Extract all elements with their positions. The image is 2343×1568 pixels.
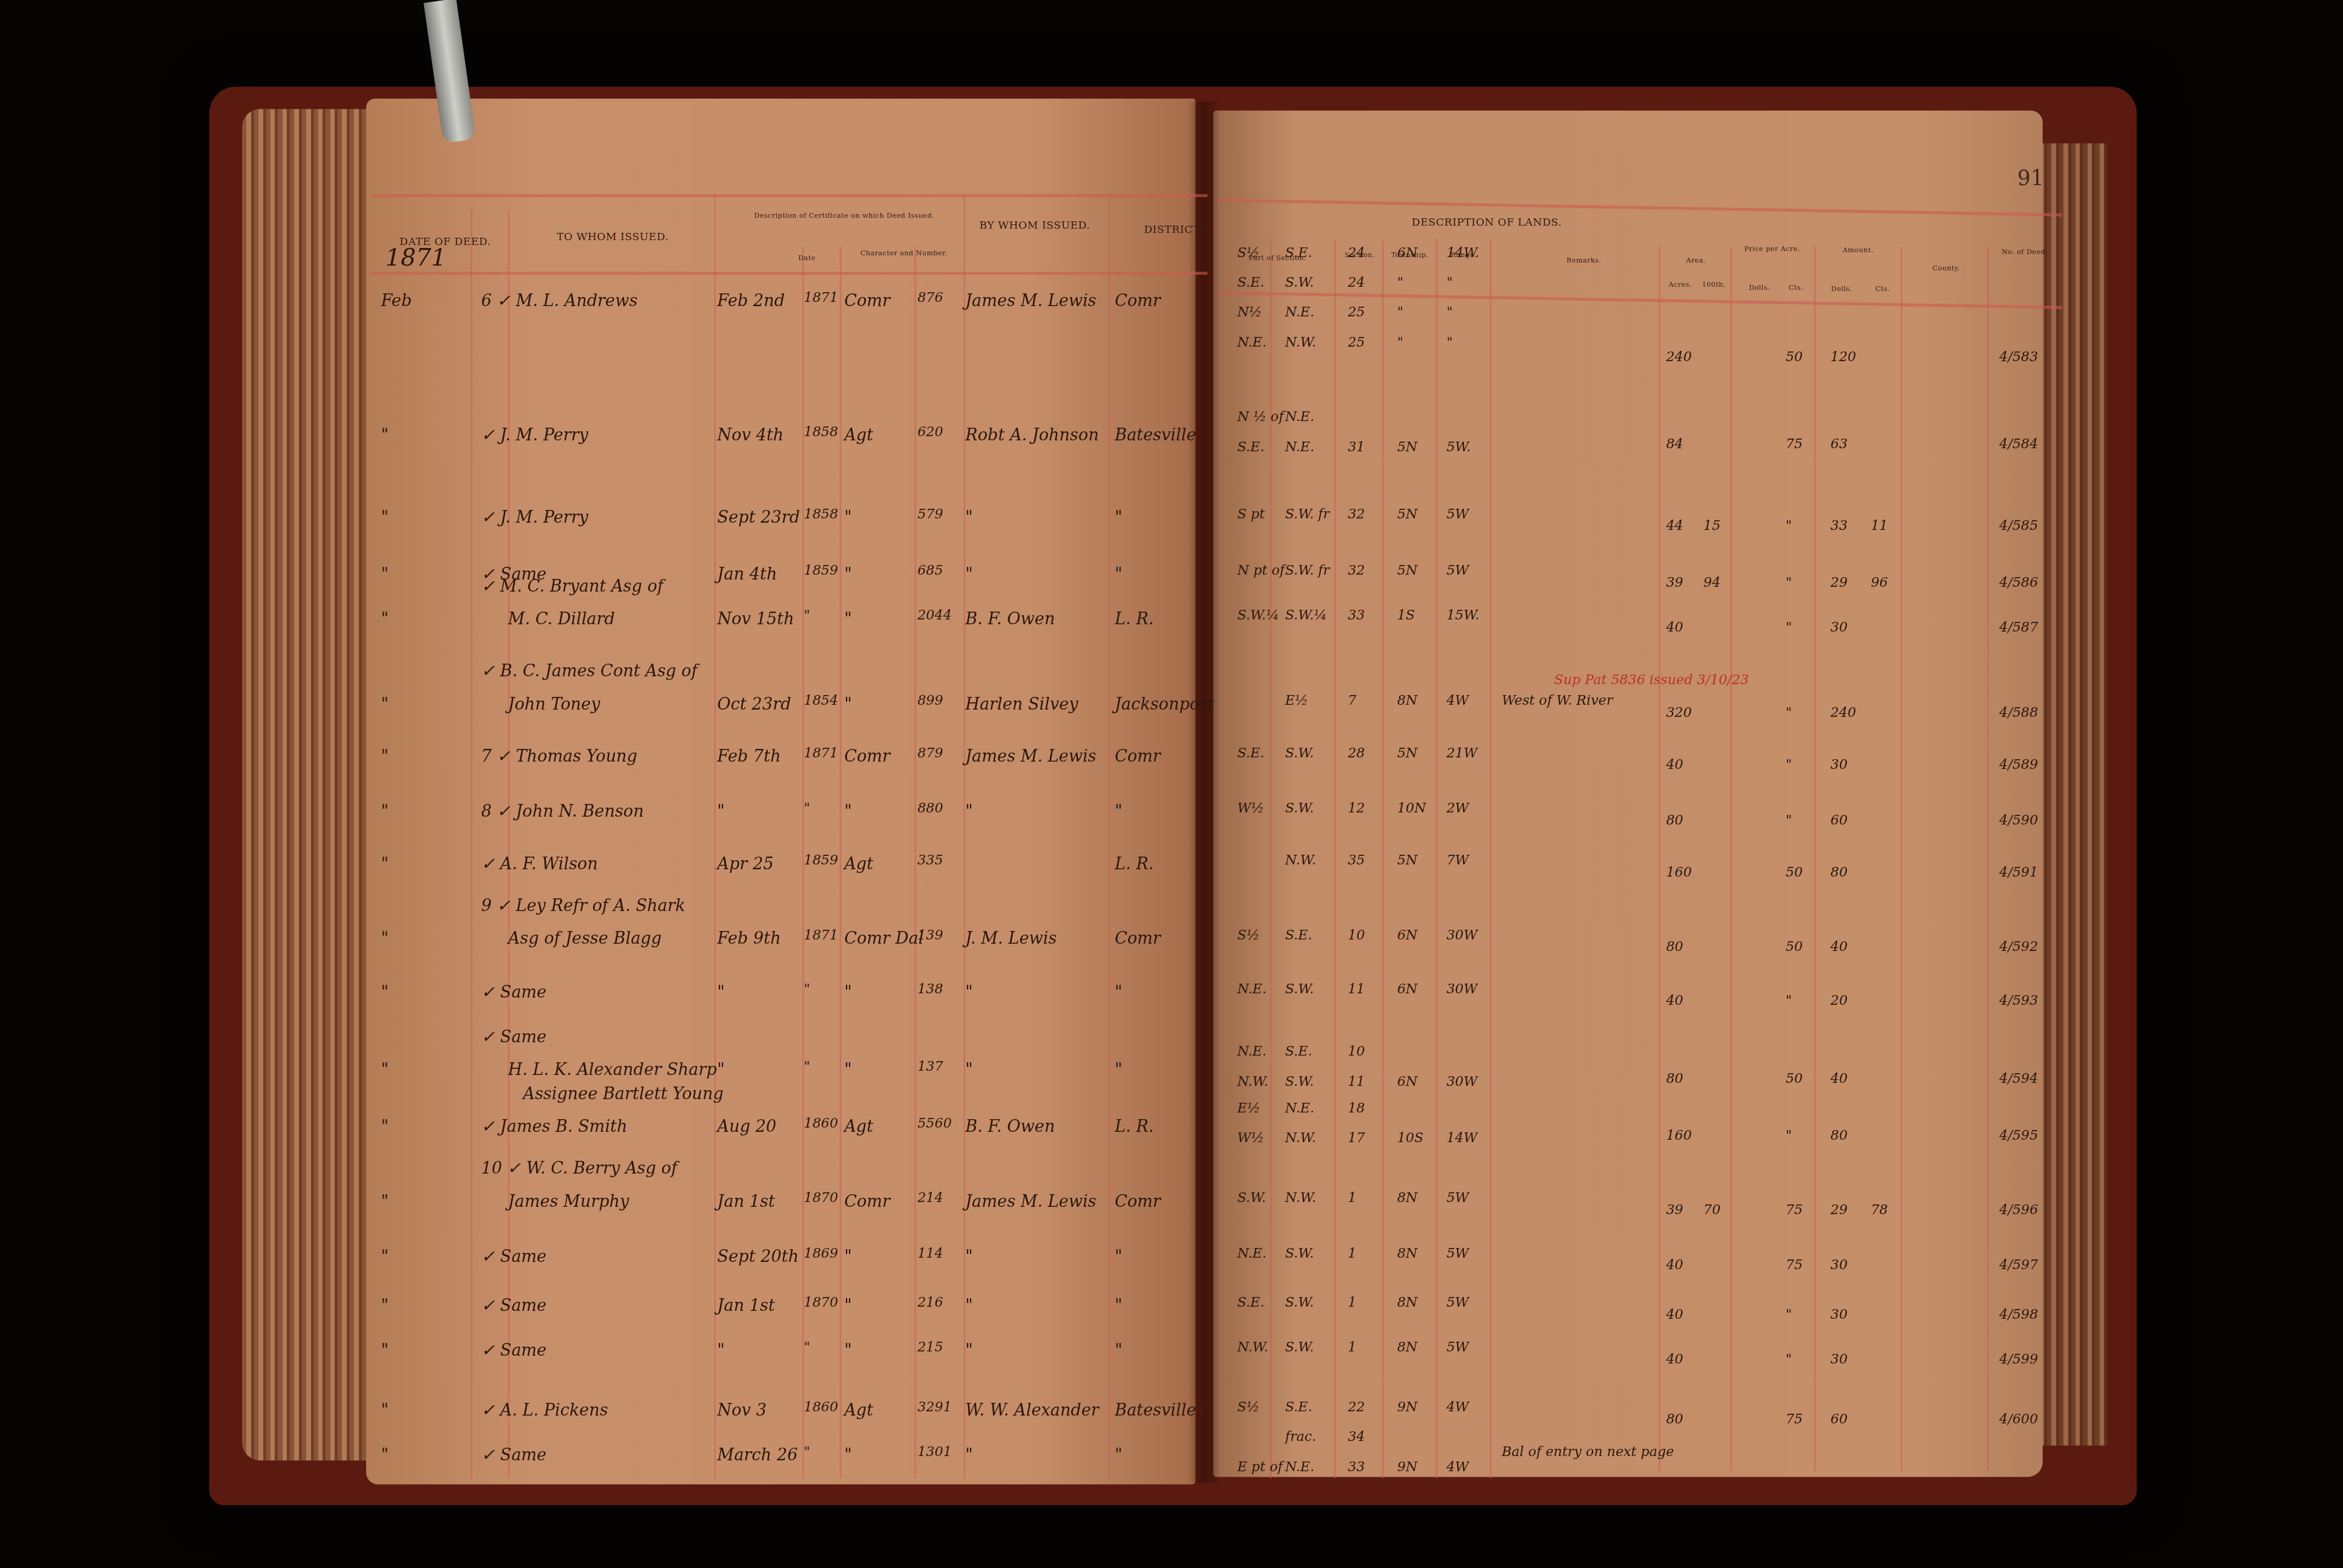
land-range: " <box>1446 336 1452 351</box>
entry-cert-number: 579 <box>917 508 943 523</box>
land-township: 5N <box>1397 746 1418 762</box>
entry-amount: 30 <box>1830 1308 1847 1323</box>
entry-acres: 80 <box>1666 814 1683 829</box>
entry-price-cents: " <box>1786 1129 1792 1144</box>
land-section-part: N.E. <box>1285 306 1314 321</box>
entry-acres: 39 <box>1666 577 1683 592</box>
land-section: 24 <box>1348 246 1365 261</box>
entry-amount: 63 <box>1830 437 1847 452</box>
land-section-part: S.E. <box>1285 929 1312 944</box>
entry-grantee: ✓ Same <box>481 1341 546 1361</box>
entry-cert-number: 899 <box>917 694 943 710</box>
entry-cert-date: Aug 20 <box>717 1117 776 1137</box>
entry-cert-character: " <box>844 982 852 1002</box>
entry-month: " <box>381 1060 389 1080</box>
entry-issued-by: Robt A. Johnson <box>965 426 1099 445</box>
entry-remarks: Bal of entry on next page <box>1502 1446 1674 1461</box>
land-part-of-section: S½ <box>1237 1401 1260 1416</box>
entry-amount: 120 <box>1830 351 1856 366</box>
entry-deed-number: 4/600 <box>1999 1413 2038 1428</box>
entry-grantee: ✓ A. L. Pickens <box>481 1401 608 1420</box>
header-dolls-1: Dolls. <box>1741 284 1778 296</box>
entry-grantee: ✓ Same <box>481 1296 546 1316</box>
entry-district: " <box>1115 1060 1122 1080</box>
land-part-of-section: S.E. <box>1237 276 1265 292</box>
header-district: DISTRICT. <box>1136 224 1210 236</box>
entry-amount: 30 <box>1830 759 1847 774</box>
entry-cert-character: " <box>844 1247 852 1266</box>
land-section: 11 <box>1348 982 1365 998</box>
land-range: 7W <box>1446 854 1469 869</box>
entry-month: " <box>381 609 389 629</box>
entry-month: " <box>381 1296 389 1316</box>
entry-acres: 320 <box>1666 707 1691 722</box>
entry-cert-date: Nov 3 <box>717 1401 766 1420</box>
entry-cert-number: 215 <box>917 1341 943 1356</box>
land-township: 8N <box>1397 1247 1418 1262</box>
entry-price-cents: 75 <box>1786 1204 1803 1219</box>
land-range: 4W <box>1446 694 1469 710</box>
entry-cert-character: Agt <box>844 426 873 445</box>
entry-amount: 40 <box>1830 1072 1847 1087</box>
entry-cert-date: Jan 1st <box>717 1296 775 1316</box>
entry-issued-by: " <box>965 1341 973 1361</box>
entry-issued-by: " <box>965 564 973 584</box>
entry-cert-date: March 26 <box>717 1446 798 1465</box>
entry-acres-hundredths: 70 <box>1703 1204 1720 1219</box>
entry-acres: 160 <box>1666 866 1691 881</box>
entry-amount: 30 <box>1830 621 1847 636</box>
land-part-of-section: N.E. <box>1237 982 1267 998</box>
land-section-part: S.E. <box>1285 246 1312 261</box>
entry-amount-cents: 11 <box>1871 520 1888 535</box>
entry-issued-by: James M. Lewis <box>965 1192 1096 1211</box>
entry-district: L. R. <box>1115 854 1153 874</box>
entry-deed-number: 4/583 <box>1999 351 2038 366</box>
entry-cert-character: " <box>844 1446 852 1465</box>
entry-cert-date: Nov 15th <box>717 609 794 629</box>
entry-grantee: ✓ B. C. James Cont Asg of <box>481 662 697 681</box>
land-section: 1 <box>1348 1247 1356 1262</box>
land-section-part: S.W. <box>1285 802 1314 817</box>
header-description-of-lands: DESCRIPTION OF LANDS. <box>1375 217 1599 229</box>
entry-cert-date: Oct 23rd <box>717 694 791 714</box>
land-part-of-section: S.W.¼ <box>1237 609 1279 624</box>
entry-cert-character: Comr <box>844 1192 890 1211</box>
entry-month: " <box>381 694 389 714</box>
entry-acres: 80 <box>1666 1072 1683 1087</box>
entry-cert-date: " <box>717 802 725 822</box>
land-township: 6N <box>1397 1075 1418 1090</box>
entry-cert-number: 139 <box>917 929 943 944</box>
entry-cert-number: 335 <box>917 854 943 869</box>
entry-cert-year: 1859 <box>804 564 839 580</box>
entry-grantee: ✓ M. C. Bryant Asg of <box>481 577 663 596</box>
year-heading: 1871 <box>385 243 447 272</box>
land-part-of-section: W½ <box>1237 802 1264 817</box>
entry-acres: 80 <box>1666 1413 1683 1428</box>
entry-acres: 80 <box>1666 941 1683 956</box>
entry-grantee: ✓ Same <box>481 982 546 1002</box>
land-township: 5N <box>1397 508 1418 523</box>
land-part-of-section: S.E. <box>1237 746 1265 762</box>
land-range: " <box>1446 306 1452 321</box>
land-section: 34 <box>1348 1431 1365 1446</box>
entry-district: Batesville <box>1115 1401 1196 1420</box>
land-range: 15W. <box>1446 609 1479 624</box>
entry-cert-year: " <box>804 609 810 624</box>
land-township: 8N <box>1397 1296 1418 1312</box>
entry-cert-date: Feb 9th <box>717 929 781 948</box>
entry-grantee: ✓ A. F. Wilson <box>481 854 598 874</box>
entry-cert-year: 1860 <box>804 1401 839 1416</box>
land-section: 18 <box>1348 1102 1365 1117</box>
land-section-part: S.W. <box>1285 1247 1314 1262</box>
entry-cert-number: 685 <box>917 564 943 580</box>
land-township: 8N <box>1397 1341 1418 1356</box>
entry-month: " <box>381 1446 389 1465</box>
entry-cert-date: Feb 7th <box>717 746 781 766</box>
entry-cert-number: 114 <box>917 1247 943 1262</box>
land-part-of-section: N.W. <box>1237 1075 1268 1090</box>
entry-cert-year: 1858 <box>804 508 839 523</box>
entry-grantee: ✓ James B. Smith <box>481 1117 628 1137</box>
header-cert-date: Date <box>777 254 837 266</box>
page-edges-left <box>242 109 369 1460</box>
land-section-part: E½ <box>1285 694 1308 710</box>
entry-amount: 80 <box>1830 866 1847 881</box>
land-section-part: N.W. <box>1285 1132 1316 1147</box>
entry-month: " <box>381 802 389 822</box>
land-section: 7 <box>1348 694 1356 710</box>
land-part-of-section: S½ <box>1237 246 1260 261</box>
entry-cert-character: " <box>844 609 852 629</box>
entry-cert-year: " <box>804 1341 810 1356</box>
land-section-part: S.W.¼ <box>1285 609 1327 624</box>
entry-deed-number: 4/595 <box>1999 1129 2038 1144</box>
entry-cert-date: Sept 23rd <box>717 508 800 527</box>
entry-acres: 44 <box>1666 520 1683 535</box>
entry-cert-character: Comr <box>844 291 890 310</box>
land-part-of-section: N.E. <box>1237 1247 1267 1262</box>
entry-district: " <box>1115 802 1122 822</box>
entry-cert-date: Jan 4th <box>717 564 777 584</box>
land-section-part: N.E. <box>1285 1460 1314 1475</box>
entry-cert-character: " <box>844 694 852 714</box>
entry-issued-by: Harlen Silvey <box>965 694 1078 714</box>
land-part-of-section: S.E. <box>1237 440 1265 456</box>
land-section: 25 <box>1348 306 1365 321</box>
land-section: 1 <box>1348 1192 1356 1207</box>
land-section-part: S.W. fr <box>1285 564 1329 580</box>
header-hundredths: 100th. <box>1699 281 1729 293</box>
land-section: 22 <box>1348 1401 1365 1416</box>
entry-amount: 60 <box>1830 1413 1847 1428</box>
land-section: 10 <box>1348 1045 1365 1060</box>
entry-acres-hundredths: 94 <box>1703 577 1720 592</box>
entry-district: Batesville <box>1115 426 1196 445</box>
entry-grantee: ✓ Same <box>481 1027 546 1047</box>
entry-grantee: 10 ✓ W. C. Berry Asg of <box>481 1159 677 1178</box>
entry-month: " <box>381 1247 389 1266</box>
header-area: Area. <box>1666 257 1726 269</box>
entry-deed-number: 4/599 <box>1999 1353 2038 1368</box>
entry-month: " <box>381 1401 389 1420</box>
land-range: 5W. <box>1446 440 1470 456</box>
entry-cert-number: 880 <box>917 802 943 817</box>
land-township: 10N <box>1397 802 1426 817</box>
entry-issued-by: " <box>965 1446 973 1465</box>
entry-cert-character: Agt <box>844 854 873 874</box>
entry-remarks: West of W. River <box>1502 694 1613 710</box>
entry-month: " <box>381 564 389 584</box>
entry-grantee-line3: Assignee Bartlett Young <box>523 1084 723 1103</box>
entry-cert-year: " <box>804 982 810 998</box>
land-range: 5W <box>1446 508 1469 523</box>
land-section-part: N.E. <box>1285 440 1314 456</box>
entry-price-cents: " <box>1786 577 1792 592</box>
land-range: " <box>1446 276 1452 292</box>
right-page <box>1213 111 2043 1477</box>
land-section-part: S.E. <box>1285 1045 1312 1060</box>
land-range: 21W <box>1446 746 1477 762</box>
entry-district: " <box>1115 1446 1122 1465</box>
entry-price-cents: 50 <box>1786 1072 1803 1087</box>
entry-grantee-line2: John Toney <box>508 694 600 714</box>
entry-district: Comr <box>1115 746 1161 766</box>
land-section: 10 <box>1348 929 1365 944</box>
entry-grantee-line2: M. C. Dillard <box>508 609 615 629</box>
land-part-of-section: E½ <box>1237 1102 1260 1117</box>
land-range: 2W <box>1446 802 1469 817</box>
entry-grantee-line2: H. L. K. Alexander Sharp <box>508 1060 717 1080</box>
entry-deed-number: 4/588 <box>1999 707 2038 722</box>
land-section-part: N.E. <box>1285 411 1314 426</box>
entry-deed-number: 4/594 <box>1999 1072 2038 1087</box>
land-part-of-section: N.W. <box>1237 1341 1268 1356</box>
entry-cert-number: 216 <box>917 1296 943 1312</box>
entry-acres: 160 <box>1666 1129 1691 1144</box>
entry-issued-by: " <box>965 508 973 527</box>
entry-cert-year: " <box>804 802 810 817</box>
entry-deed-number: 4/587 <box>1999 621 2038 636</box>
entry-acres: 40 <box>1666 1259 1683 1274</box>
land-range: 5W <box>1446 564 1469 580</box>
land-part-of-section: S.W. <box>1237 1192 1267 1207</box>
entry-district: L. R. <box>1115 609 1153 629</box>
entry-issued-by: W. W. Alexander <box>965 1401 1099 1420</box>
header-cert-character: Character and Number. <box>844 249 964 261</box>
entry-grantee: 7 ✓ Thomas Young <box>481 746 637 766</box>
entry-amount: 33 <box>1830 520 1847 535</box>
entry-grantee: 6 ✓ M. L. Andrews <box>481 291 637 310</box>
entry-acres: 40 <box>1666 1353 1683 1368</box>
entry-deed-number: 4/598 <box>1999 1308 2038 1323</box>
entry-price-cents: " <box>1786 1353 1792 1368</box>
entry-amount: 60 <box>1830 814 1847 829</box>
entry-grantee: ✓ Same <box>481 1446 546 1465</box>
entry-price-cents: " <box>1786 995 1792 1010</box>
entry-price-cents: 75 <box>1786 1413 1803 1428</box>
entry-price-cents: 50 <box>1786 866 1803 881</box>
entry-district: Jacksonport <box>1115 694 1214 714</box>
land-part-of-section: N.E. <box>1237 336 1267 351</box>
entry-cert-date: Nov 4th <box>717 426 784 445</box>
land-range: 30W <box>1446 1075 1477 1090</box>
header-cts-2: Cts. <box>1868 286 1898 298</box>
entry-amount: 30 <box>1830 1353 1847 1368</box>
entry-month: " <box>381 854 389 874</box>
entry-district: Comr <box>1115 929 1161 948</box>
entry-district: L. R. <box>1115 1117 1153 1137</box>
entry-cert-year: 1871 <box>804 929 839 944</box>
land-part-of-section: E pt of <box>1237 1460 1283 1475</box>
entry-price-cents: " <box>1786 707 1792 722</box>
land-township: " <box>1397 306 1403 321</box>
entry-cert-year: 1854 <box>804 694 839 710</box>
entry-month: " <box>381 746 389 766</box>
land-section: 31 <box>1348 440 1365 456</box>
land-section: 1 <box>1348 1341 1356 1356</box>
entry-price-cents: 50 <box>1786 351 1803 366</box>
entry-grantee: 8 ✓ John N. Benson <box>481 802 644 822</box>
entry-cert-year: " <box>804 1446 810 1461</box>
header-acres: Acres. <box>1662 281 1699 293</box>
land-part-of-section: W½ <box>1237 1132 1264 1147</box>
entry-deed-number: 4/586 <box>1999 577 2038 592</box>
land-part-of-section: S.E. <box>1237 1296 1265 1312</box>
entry-deed-number: 4/585 <box>1999 520 2038 535</box>
page-edges-right <box>2035 143 2107 1446</box>
entry-amount: 29 <box>1830 577 1847 592</box>
entry-cert-date: Jan 1st <box>717 1192 775 1211</box>
entry-cert-character: " <box>844 802 852 822</box>
entry-cert-date: " <box>717 1341 725 1361</box>
entry-cert-character: " <box>844 1341 852 1361</box>
land-section-part: S.W. fr <box>1285 508 1329 523</box>
land-township: 1S <box>1397 609 1415 624</box>
entry-red-note: Sup Pat 5836 issued 3/10/23 <box>1554 673 1749 688</box>
land-township: 9N <box>1397 1460 1418 1475</box>
land-township: 6N <box>1397 246 1418 261</box>
land-section-part: S.W. <box>1285 276 1314 292</box>
entry-district: " <box>1115 982 1122 1002</box>
entry-cert-character: Comr Dal <box>844 929 923 948</box>
entry-cert-character: Comr <box>844 746 890 766</box>
land-township: 10S <box>1397 1132 1424 1147</box>
entry-cert-year: " <box>804 1060 810 1076</box>
entry-acres: 240 <box>1666 351 1691 366</box>
entry-deed-number: 4/589 <box>1999 759 2038 774</box>
entry-grantee: 9 ✓ Ley Refr of A. Shark <box>481 896 685 915</box>
entry-district: " <box>1115 1341 1122 1361</box>
entry-cert-number: 5560 <box>917 1117 952 1132</box>
page-number: 91 <box>2017 167 2044 191</box>
entry-cert-year: 1870 <box>804 1296 839 1312</box>
entry-month: " <box>381 1341 389 1361</box>
land-section: 33 <box>1348 609 1365 624</box>
entry-amount: 29 <box>1830 1204 1847 1219</box>
entry-acres-hundredths: 15 <box>1703 520 1720 535</box>
land-range: 4W <box>1446 1401 1469 1416</box>
entry-district: " <box>1115 1296 1122 1316</box>
land-part-of-section: N½ <box>1237 306 1262 321</box>
entry-cert-character: Agt <box>844 1117 873 1137</box>
entry-district: " <box>1115 508 1122 527</box>
land-section: 28 <box>1348 746 1365 762</box>
entry-deed-number: 4/590 <box>1999 814 2038 829</box>
book-gutter <box>1188 102 1221 1483</box>
land-part-of-section: S½ <box>1237 929 1260 944</box>
entry-price-cents: " <box>1786 520 1792 535</box>
header-amount: Amount. <box>1817 246 1899 258</box>
entry-acres: 40 <box>1666 995 1683 1010</box>
header-county: County. <box>1913 264 1980 276</box>
entry-district: Comr <box>1115 1192 1161 1211</box>
entry-amount: 80 <box>1830 1129 1847 1144</box>
entry-amount-cents: 96 <box>1871 577 1888 592</box>
land-section: 25 <box>1348 336 1365 351</box>
entry-acres: 40 <box>1666 1308 1683 1323</box>
land-section: 11 <box>1348 1075 1365 1090</box>
entry-cert-number: 137 <box>917 1060 943 1076</box>
land-section: 12 <box>1348 802 1365 817</box>
header-cts-1: Cts. <box>1781 284 1811 296</box>
entry-price-cents: 75 <box>1786 1259 1803 1274</box>
entry-month: " <box>381 508 389 527</box>
land-section: 32 <box>1348 508 1365 523</box>
entry-issued-by: J. M. Lewis <box>965 929 1057 948</box>
entry-amount: 40 <box>1830 941 1847 956</box>
land-section: 35 <box>1348 854 1365 869</box>
entry-deed-number: 4/591 <box>1999 866 2038 881</box>
land-section-part: N.W. <box>1285 336 1316 351</box>
entry-amount: 20 <box>1830 995 1847 1010</box>
entry-amount-cents: 78 <box>1871 1204 1888 1219</box>
land-range: 30W <box>1446 982 1477 998</box>
entry-cert-number: 2044 <box>917 609 952 624</box>
entry-cert-number: 1301 <box>917 1446 952 1461</box>
entry-cert-year: 1860 <box>804 1117 839 1132</box>
land-range: 14W <box>1446 1132 1477 1147</box>
entry-deed-number: 4/584 <box>1999 437 2038 452</box>
land-section-part: frac. <box>1285 1431 1317 1446</box>
entry-cert-year: 1858 <box>804 426 839 441</box>
entry-month: " <box>381 1117 389 1137</box>
land-range: 14W. <box>1446 246 1479 261</box>
entry-cert-year: 1871 <box>804 291 839 306</box>
header-no-of-deed: No. of Deed. <box>1995 248 2055 260</box>
land-section: 33 <box>1348 1460 1365 1475</box>
land-section: 24 <box>1348 276 1365 292</box>
entry-deed-number: 4/593 <box>1999 995 2038 1010</box>
entry-cert-character: " <box>844 508 852 527</box>
entry-grantee: ✓ J. M. Perry <box>481 508 588 527</box>
land-section: 1 <box>1348 1296 1356 1312</box>
entry-month: " <box>381 426 389 445</box>
entry-district: " <box>1115 1247 1122 1266</box>
entry-cert-year: 1869 <box>804 1247 839 1262</box>
entry-deed-number: 4/596 <box>1999 1204 2038 1219</box>
land-range: 4W <box>1446 1460 1469 1475</box>
entry-issued-by: James M. Lewis <box>965 746 1096 766</box>
ledger-photo: DATE OF DEED. TO WHOM ISSUED. Descriptio… <box>0 0 2343 1568</box>
land-part-of-section: N ½ of <box>1237 411 1284 426</box>
land-section-part: S.W. <box>1285 982 1314 998</box>
land-township: 8N <box>1397 1192 1418 1207</box>
land-township: 8N <box>1397 694 1418 710</box>
entry-issued-by: James M. Lewis <box>965 291 1096 310</box>
